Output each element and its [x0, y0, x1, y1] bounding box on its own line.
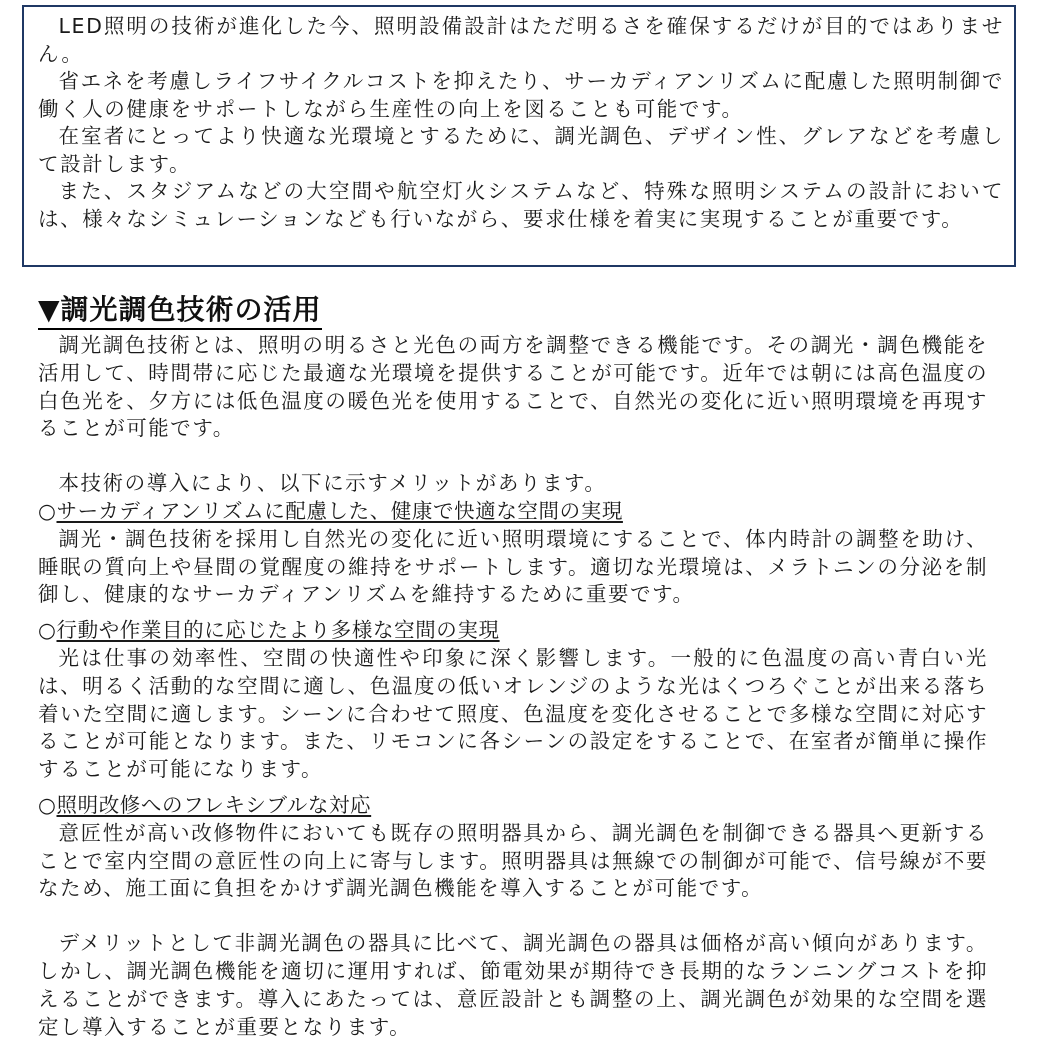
merit-body: 意匠性が高い改修物件においても既存の照明器具から、調光調色を制御できる器具へ更新… — [38, 820, 988, 903]
merit-heading-text: 照明改修へのフレキシブルな対応 — [57, 793, 372, 817]
circle-bullet-icon: ○ — [38, 618, 57, 642]
intro-paragraph-special-systems: また、スタジアムなどの大空間や航空灯火システムなど、特殊な照明システムの設計にお… — [38, 178, 1004, 233]
intro-paragraph-energy-saving: 省エネを考慮しライフサイクルコストを抑えたり、サーカディアンリズムに配慮した照明… — [38, 68, 1004, 123]
section-intro: 調光調色技術とは、照明の明るさと光色の両方を調整できる機能です。その調光・調色機… — [38, 332, 988, 443]
demerit-paragraph: デメリットとして非調光調色の器具に比べて、調光調色の器具は価格が高い傾向がありま… — [38, 930, 988, 1041]
intro-paragraph-led: LED照明の技術が進化した今、照明設備設計はただ明るさを確保するだけが目的ではあ… — [38, 13, 1004, 68]
merit-item-circadian: ○サーカディアンリズムに配慮した、健康で快適な空間の実現 調光・調色技術を採用し… — [38, 498, 988, 609]
merit-item-renovation: ○照明改修へのフレキシブルな対応 意匠性が高い改修物件においても既存の照明器具か… — [38, 792, 988, 903]
circle-bullet-icon: ○ — [38, 793, 57, 817]
dimming-toning-section: ▼調光調色技術の活用 調光調色技術とは、照明の明るさと光色の両方を調整できる機能… — [38, 292, 988, 1041]
merit-body: 調光・調色技術を採用し自然光の変化に近い照明環境にすることで、体内時計の調整を助… — [38, 526, 988, 609]
circle-bullet-icon: ○ — [38, 499, 57, 523]
section-title: ▼調光調色技術の活用 — [38, 292, 322, 330]
merit-heading-text: サーカディアンリズムに配慮した、健康で快適な空間の実現 — [57, 499, 623, 523]
intro-box: LED照明の技術が進化した今、照明設備設計はただ明るさを確保するだけが目的ではあ… — [22, 5, 1016, 267]
merit-heading: ○サーカディアンリズムに配慮した、健康で快適な空間の実現 — [38, 498, 988, 526]
merit-heading: ○照明改修へのフレキシブルな対応 — [38, 792, 988, 820]
merit-heading-text: 行動や作業目的に応じたより多様な空間の実現 — [57, 618, 500, 642]
merit-heading: ○行動や作業目的に応じたより多様な空間の実現 — [38, 617, 988, 645]
merit-body: 光は仕事の効率性、空間の快適性や印象に深く影響します。一般的に色温度の高い青白い… — [38, 645, 988, 784]
merit-item-diverse-spaces: ○行動や作業目的に応じたより多様な空間の実現 光は仕事の効率性、空間の快適性や印… — [38, 617, 988, 784]
intro-paragraph-comfort: 在室者にとってより快適な光環境とするために、調光調色、デザイン性、グレアなどを考… — [38, 123, 1004, 178]
merits-lead: 本技術の導入により、以下に示すメリットがあります。 — [38, 470, 988, 498]
